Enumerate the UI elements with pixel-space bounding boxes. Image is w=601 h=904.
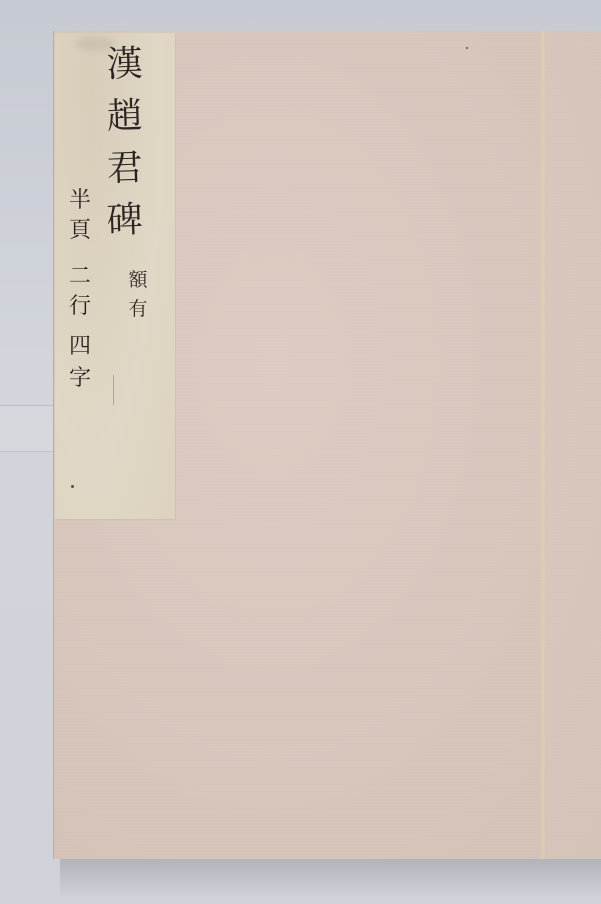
description-char: 二 bbox=[69, 266, 91, 296]
cover-shadow bbox=[60, 858, 601, 898]
paper-speck bbox=[466, 47, 468, 49]
cover-fold-line bbox=[540, 31, 546, 859]
title-annotation: 額 有 bbox=[125, 271, 151, 329]
pencil-mark bbox=[113, 375, 114, 405]
ink-speck bbox=[71, 485, 74, 488]
book-cover: 漢 趙 君 碑 額 有 半 頁 二 行 四 字 bbox=[54, 31, 601, 859]
annotation-char: 有 bbox=[128, 300, 147, 329]
annotation-char: 額 bbox=[128, 271, 147, 300]
description-char: 行 bbox=[69, 296, 91, 336]
title-char: 碑 bbox=[106, 202, 144, 255]
description-char: 字 bbox=[69, 368, 91, 400]
description-char: 頁 bbox=[69, 220, 91, 258]
background-paper-sheet bbox=[0, 405, 55, 452]
title-char: 漢 bbox=[106, 46, 144, 99]
description-char: 半 bbox=[69, 190, 91, 220]
book-title: 漢 趙 君 碑 bbox=[103, 47, 147, 255]
title-label-slip: 漢 趙 君 碑 額 有 半 頁 二 行 四 字 bbox=[55, 33, 175, 519]
description-char: 四 bbox=[69, 336, 91, 368]
cover-fold-flap bbox=[546, 31, 601, 859]
title-char: 君 bbox=[106, 150, 144, 203]
title-char: 趙 bbox=[106, 98, 144, 151]
format-description: 半 頁 二 行 四 字 bbox=[63, 190, 97, 400]
